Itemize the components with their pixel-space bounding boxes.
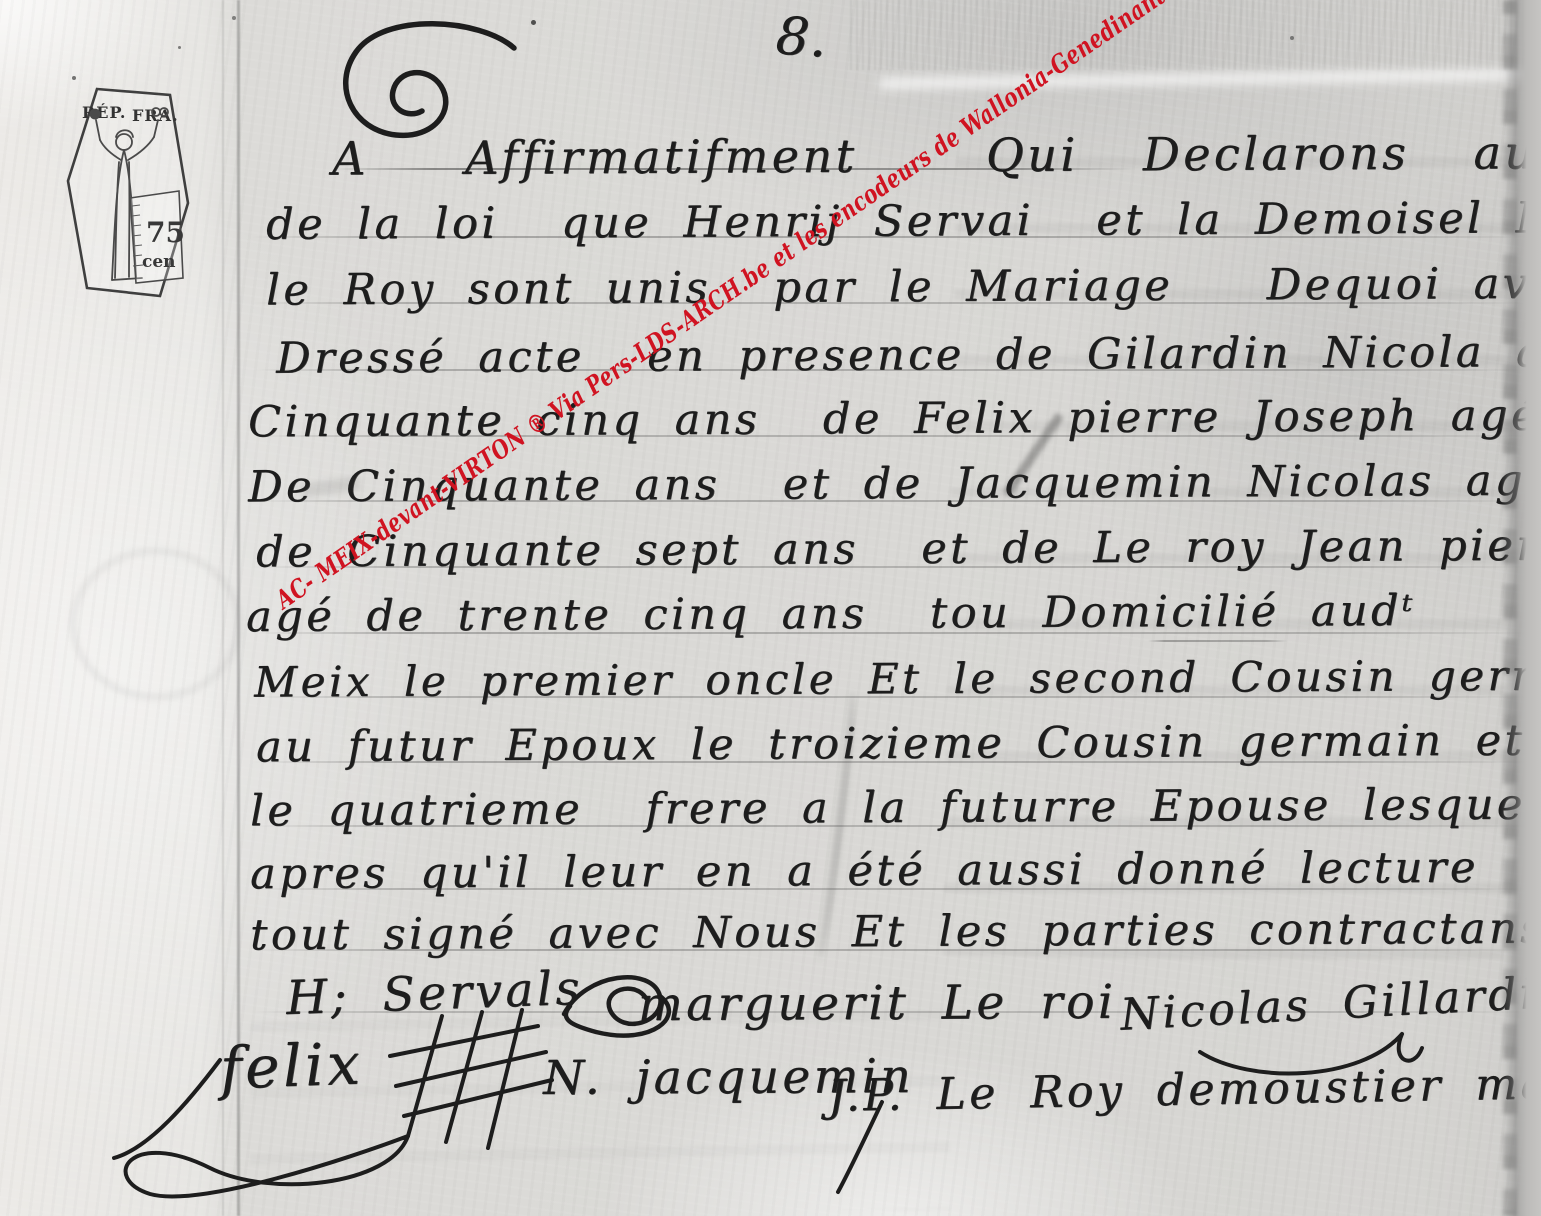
- manuscript-line: Dressé acte en presence de Gilardin Nico…: [276, 326, 1541, 384]
- manuscript-line: de la loi que Henrij Servai et la Demois…: [266, 192, 1541, 251]
- revenue-stamp: RÉP. FRA. 75 cen: [66, 82, 192, 306]
- ink-speck: [531, 20, 536, 25]
- page-number: 8.: [774, 6, 830, 71]
- manuscript-line: le Roy sont unis par le Mariage Dequoi a…: [266, 258, 1541, 316]
- ink-speck: [232, 16, 236, 20]
- stamp-label-rep: RÉP.: [82, 102, 126, 122]
- manuscript-line: Meix le premier oncle Et le second Cousi…: [254, 650, 1541, 707]
- ink-speck: [72, 76, 76, 80]
- signature-marguerite: marguerit Le roi: [638, 975, 1117, 1033]
- signature-paraph-lattice-icon: [90, 1008, 570, 1208]
- manuscript-line: apres qu'il leur en a été aussi donné le…: [250, 843, 1479, 900]
- ink-speck: [178, 46, 181, 49]
- embossed-seal-ghost: [70, 548, 242, 700]
- manuscript-line: agé de trente cinq ans tou Domicilié aud…: [246, 586, 1416, 643]
- scan-streaks: [850, 0, 1536, 70]
- stamp-value: 75: [146, 216, 185, 249]
- manuscript-line: le quatrieme frere a la futurre Epouse l…: [250, 780, 1541, 838]
- manuscript-line: tout signé avec Nous Et les parties cont…: [250, 904, 1541, 962]
- stamp-unit: cen: [142, 252, 176, 272]
- paper-crease: [880, 69, 1530, 88]
- mayor-paraph-icon: [836, 1100, 956, 1200]
- ink-speck: [692, 548, 696, 552]
- scan-edge-band: [1505, 0, 1541, 1216]
- manuscript-line: Cinquante cinq ans de Felix pierre Josep…: [248, 391, 1540, 448]
- manuscript-line: de Cinquante sept ans et de Le roy Jean …: [256, 520, 1541, 578]
- ink-speck: [1290, 36, 1294, 40]
- document-scan: RÉP. FRA. 75 cen 8.: [0, 0, 1541, 1216]
- manuscript-line: au futur Epoux le troizieme Cousin germa…: [256, 716, 1526, 773]
- superscript-underline: [1148, 640, 1288, 642]
